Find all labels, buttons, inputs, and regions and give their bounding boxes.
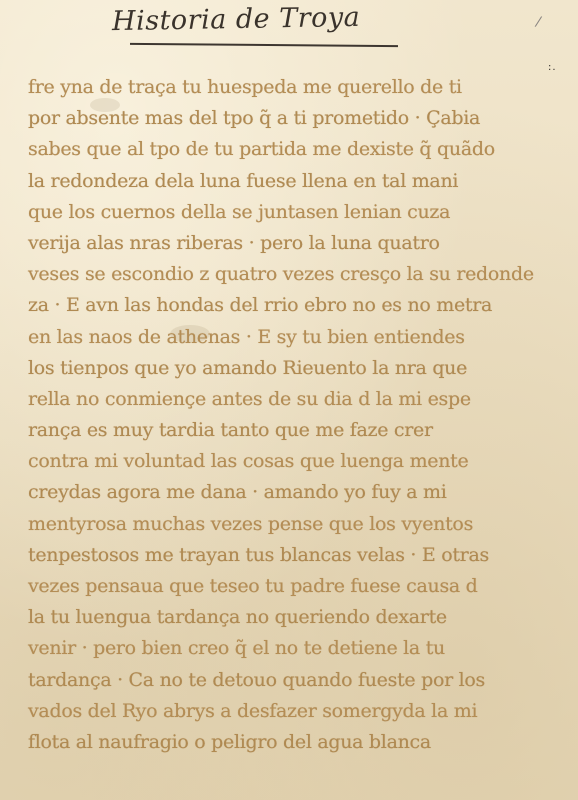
text-line: los tienpos que yo amando Rieuento la nr… — [28, 353, 558, 384]
text-line: venir · pero bien creo q̃ el no te detie… — [28, 633, 558, 664]
title-underline — [130, 43, 398, 47]
text-line: tenpestosos me trayan tus blancas velas … — [28, 540, 558, 571]
text-line: rella no conmiençe antes de su dia d la … — [28, 384, 558, 415]
text-line: por absente mas del tpo q̃ a ti prometid… — [28, 103, 558, 134]
text-line: veses se escondio z quatro vezes cresço … — [28, 259, 558, 290]
text-line: flota al naufragio o peligro del agua bl… — [28, 727, 558, 758]
text-line: verija alas nras riberas · pero la luna … — [28, 228, 558, 259]
text-line: rança es muy tardia tanto que me faze cr… — [28, 415, 558, 446]
manuscript-page: Historia de Troya / :. fre yna de traça … — [0, 0, 578, 800]
text-line: tardança · Ca no te detouo quando fueste… — [28, 665, 558, 696]
margin-dots: :. — [548, 64, 557, 71]
text-line: que los cuernos della se juntasen lenian… — [28, 197, 558, 228]
text-line: fre yna de traça tu huespeda me querello… — [28, 72, 558, 103]
text-line: mentyrosa muchas vezes pense que los vye… — [28, 509, 558, 540]
manuscript-title: Historia de Troya — [112, 2, 361, 37]
text-line: vados del Ryo abrys a desfazer somergyda… — [28, 696, 558, 727]
text-line: la tu luengua tardança no queriendo dexa… — [28, 602, 558, 633]
text-line: za · E avn las hondas del rrio ebro no e… — [28, 290, 558, 321]
text-line: la redondeza dela luna fuese llena en ta… — [28, 166, 558, 197]
text-line: vezes pensaua que teseo tu padre fuese c… — [28, 571, 558, 602]
text-line: sabes que al tpo de tu partida me dexist… — [28, 134, 558, 165]
manuscript-text: fre yna de traça tu huespeda me querello… — [28, 72, 558, 758]
text-line: contra mi voluntad las cosas que luenga … — [28, 446, 558, 477]
text-line: en las naos de athenas · E sy tu bien en… — [28, 322, 558, 353]
folio-mark: / — [534, 14, 543, 31]
text-line: creydas agora me dana · amando yo fuy a … — [28, 477, 558, 508]
